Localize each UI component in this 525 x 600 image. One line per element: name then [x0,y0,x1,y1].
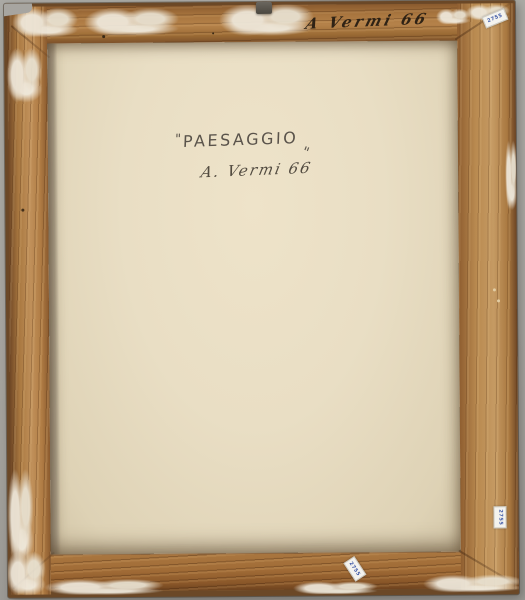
nail-hole [212,32,214,34]
gallery-wall: "PAESAGGIO " A. Vermi 66 A Vermi 66 2755… [0,0,525,600]
plaster-patch [7,469,34,564]
plaster-patch [6,48,42,103]
sticker-number: 2755 [497,509,503,525]
plaster-patch [44,579,164,596]
title-text: PAESAGGIO [183,128,299,151]
plaster-patch [505,140,517,210]
plaster-patch [436,9,470,25]
plaster-patch [293,581,378,595]
title-open-quote: " [175,132,182,147]
nail-head [497,299,500,302]
inventory-sticker-right-edge: 2755 [493,506,506,528]
canvas-back [47,41,461,555]
nail-hole [102,35,105,38]
painting-back: "PAESAGGIO " A. Vermi 66 A Vermi 66 2755… [4,0,519,598]
plaster-patch [84,8,179,37]
plaster-patch [423,574,519,593]
nail-hole [21,209,24,212]
nail-head [493,288,496,291]
stretcher-right-bar [457,3,519,589]
hanging-bracket [256,2,272,14]
plaster-patch [6,552,46,596]
